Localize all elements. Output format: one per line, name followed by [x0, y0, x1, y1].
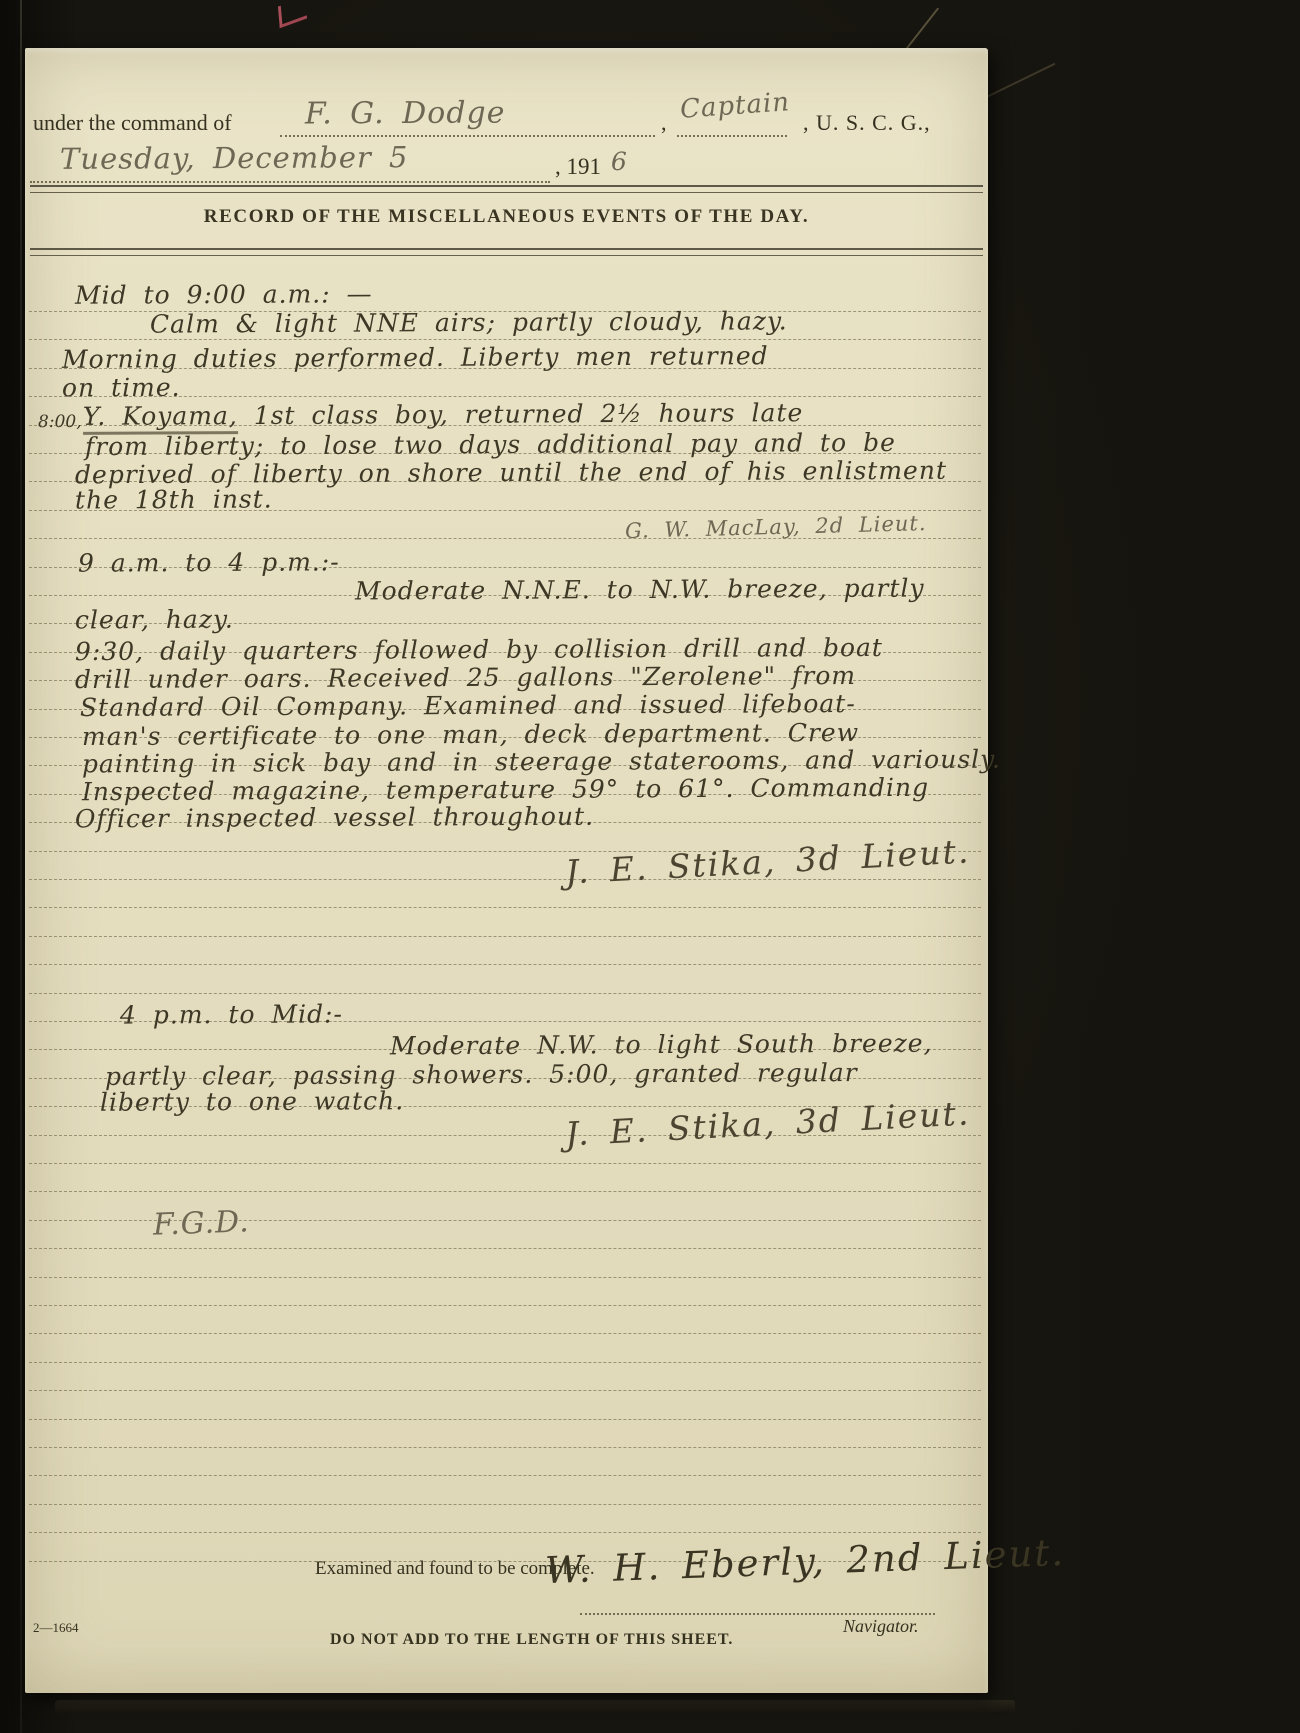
ruled-line — [29, 1361, 981, 1363]
log-line-koyama: Y. Koyama, 1st class boy, returned 2½ ho… — [83, 399, 803, 431]
ruled-line — [29, 1304, 981, 1306]
ruled-line — [29, 1418, 981, 1420]
ruled-line — [29, 1474, 981, 1476]
navigator-label: Navigator. — [843, 1616, 919, 1637]
log-line-watch3-heading: 4 p.m. to Mid:- — [120, 1000, 343, 1029]
service-label: , U. S. C. G., — [803, 110, 931, 136]
command-prefix-label: under the command of — [33, 110, 232, 136]
ruled-line — [29, 878, 981, 880]
log-line: liberty to one watch. — [100, 1087, 404, 1117]
ruled-line — [29, 1276, 981, 1278]
koyama-line-rest: 1st class boy, returned 2½ hours late — [238, 398, 804, 430]
ruled-line — [29, 338, 981, 340]
log-line: Morning duties performed. Liberty men re… — [62, 342, 769, 374]
log-line: the 18th inst. — [75, 485, 273, 514]
ruled-line — [29, 1503, 981, 1505]
ruled-line — [29, 1446, 981, 1448]
book-binding-edge — [20, 0, 22, 1733]
header-divider-rule — [30, 185, 983, 193]
title-divider-rule — [30, 248, 983, 256]
navigator-signature-underline — [580, 1612, 935, 1615]
rank-handwritten: Captain — [679, 88, 791, 124]
form-number: 2—1664 — [33, 1620, 79, 1636]
commander-initials: F.G.D. — [153, 1208, 251, 1239]
ruled-line — [29, 935, 981, 937]
log-line-watch1-heading: Mid to 9:00 a.m.: — — [75, 280, 373, 310]
log-line: Calm & light NNE airs; partly cloudy, ha… — [150, 307, 788, 338]
ruled-line — [29, 1332, 981, 1334]
ruled-line — [29, 1531, 981, 1533]
commander-name-handwritten: F. G. Dodge — [305, 99, 506, 128]
year-digit-handwritten: 6 — [611, 148, 628, 176]
log-entry-time: 8:00, — [38, 408, 82, 436]
log-line: Officer inspected vessel throughout. — [75, 803, 594, 834]
ruled-line — [29, 992, 981, 994]
signature-eberly: W. H. Eberly, 2nd Lieut. — [545, 1539, 1066, 1585]
page-stack-edge — [55, 1700, 1015, 1714]
logbook-page: under the command of F. G. Dodge , Capta… — [25, 48, 988, 1693]
page-title: RECORD OF THE MISCELLANEOUS EVENTS OF TH… — [25, 206, 988, 228]
log-line: clear, hazy. — [75, 606, 234, 635]
date-underline — [30, 180, 550, 183]
do-not-add-notice: DO NOT ADD TO THE LENGTH OF THIS SHEET. — [330, 1631, 733, 1649]
scanned-logbook-photo: { "header": { "command_prefix": "under t… — [0, 0, 1300, 1733]
ruled-line — [29, 1190, 981, 1192]
header-comma: , — [661, 110, 667, 136]
ruled-line — [29, 1162, 981, 1164]
year-printed: , 191 — [555, 154, 601, 180]
log-line: Moderate N.N.E. to N.W. breeze, partly — [355, 575, 925, 606]
log-line: Moderate N.W. to light South breeze, — [390, 1030, 933, 1061]
date-handwritten: Tuesday, December 5 — [60, 143, 409, 173]
log-line: on time. — [62, 374, 181, 403]
log-line: partly clear, passing showers. 5:00, gra… — [105, 1059, 858, 1091]
ruled-line — [29, 963, 981, 965]
ruled-line — [29, 906, 981, 908]
rank-underline — [677, 134, 787, 137]
log-line-watch2-heading: 9 a.m. to 4 p.m.:- — [78, 548, 340, 577]
ruled-line — [29, 1389, 981, 1391]
koyama-name-underlined: Y. Koyama, — [83, 401, 238, 435]
signature-maclay: G. W. MacLay, 2d Lieut. — [625, 509, 927, 545]
commander-name-underline — [280, 134, 655, 137]
ruled-line — [29, 1247, 981, 1249]
log-line: Standard Oil Company. Examined and issue… — [80, 690, 856, 722]
